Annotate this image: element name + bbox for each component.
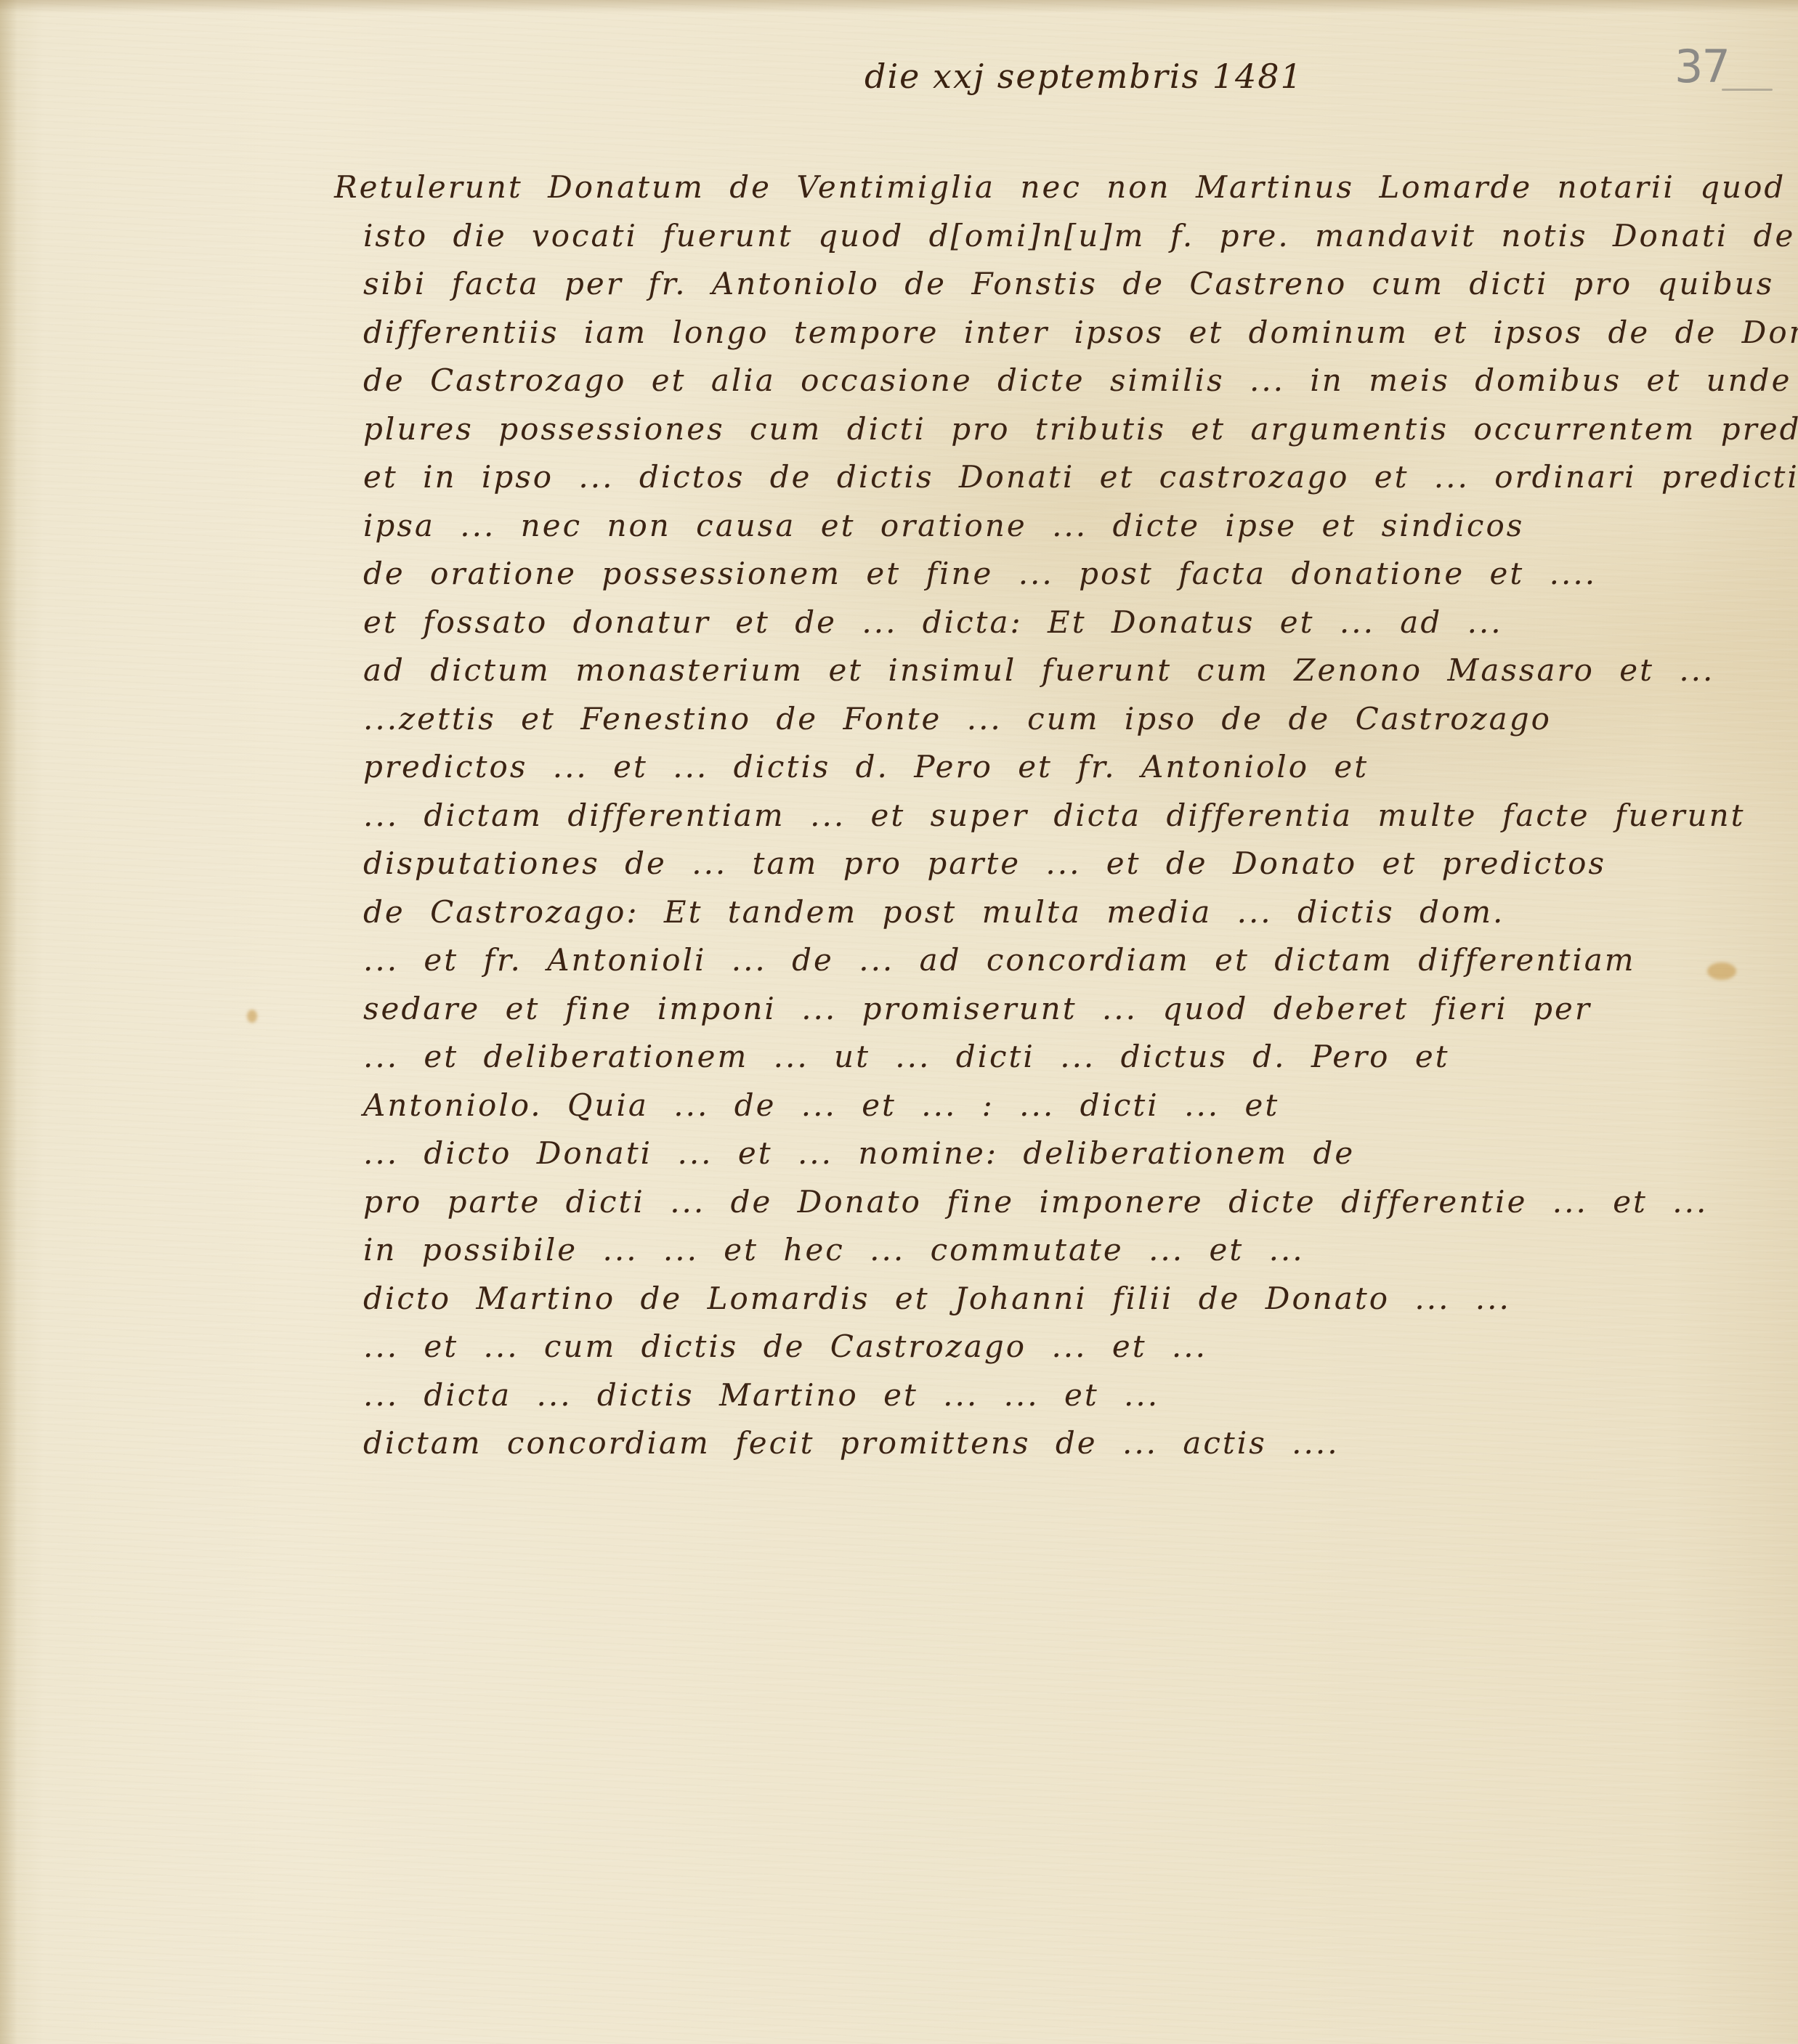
manuscript-line: ...zettis et Fenestino de Fonte ... cum …	[363, 695, 1744, 744]
manuscript-line: ... dictam differentiam ... et super dic…	[363, 792, 1744, 840]
manuscript-line: Antoniolo. Quia ... de ... et ... : ... …	[363, 1082, 1744, 1130]
manuscript-line: de Castrozago et alia occasione dicte si…	[363, 357, 1744, 405]
manuscript-line: differentiis iam longo tempore inter ips…	[363, 309, 1744, 357]
manuscript-line: Retulerunt Donatum de Ventimiglia nec no…	[334, 163, 1744, 212]
manuscript-line: plures possessiones cum dicti pro tribut…	[363, 405, 1744, 454]
manuscript-line: ... dicta ... dictis Martino et ... ... …	[363, 1371, 1744, 1420]
manuscript-line: ... et deliberationem ... ut ... dicti .…	[363, 1033, 1744, 1082]
manuscript-line: disputationes de ... tam pro parte ... e…	[363, 840, 1744, 888]
manuscript-line: ... et fr. Antonioli ... de ... ad conco…	[363, 936, 1744, 985]
manuscript-line: isto die vocati fuerunt quod d[omi]n[u]m…	[363, 212, 1744, 261]
manuscript-body: Retulerunt Donatum de Ventimiglia nec no…	[363, 163, 1744, 1468]
folio-number: 37	[1675, 40, 1729, 93]
manuscript-line: pro parte dicti ... de Donato fine impon…	[363, 1178, 1744, 1227]
manuscript-line: de oratione possessionem et fine ... pos…	[363, 550, 1744, 599]
manuscript-line: ... dicto Donati ... et ... nomine: deli…	[363, 1130, 1744, 1178]
manuscript-line: ... et ... cum dictis de Castrozago ... …	[363, 1323, 1744, 1371]
page-top-edge-shadow	[0, 0, 1798, 13]
manuscript-line: sibi facta per fr. Antoniolo de Fonstis …	[363, 260, 1744, 309]
manuscript-line: in possibile ... ... et hec ... commutat…	[363, 1226, 1744, 1275]
manuscript-line: et fossato donatur et de ... dicta: Et D…	[363, 599, 1744, 647]
manuscript-line: ipsa ... nec non causa et oratione ... d…	[363, 502, 1744, 551]
manuscript-line: et in ipso ... dictos de dictis Donati e…	[363, 453, 1744, 502]
manuscript-line: dicto Martino de Lomardis et Johanni fil…	[363, 1275, 1744, 1323]
manuscript-line: dictam concordiam fecit promittens de ..…	[363, 1419, 1744, 1468]
manuscript-line: sedare et fine imponi ... promiserunt ..…	[363, 985, 1744, 1034]
foxing-stain	[247, 1010, 257, 1023]
manuscript-line: ad dictum monasterium et insimul fuerunt…	[363, 646, 1744, 695]
manuscript-line: predictos ... et ... dictis d. Pero et f…	[363, 743, 1744, 792]
manuscript-line: de Castrozago: Et tandem post multa medi…	[363, 888, 1744, 937]
page-left-edge-shadow	[0, 0, 17, 2044]
date-heading: die xxj septembris 1481	[864, 57, 1303, 96]
folio-underline	[1722, 89, 1773, 91]
manuscript-page: die xxj septembris 1481 37 Retulerunt Do…	[0, 0, 1798, 2044]
